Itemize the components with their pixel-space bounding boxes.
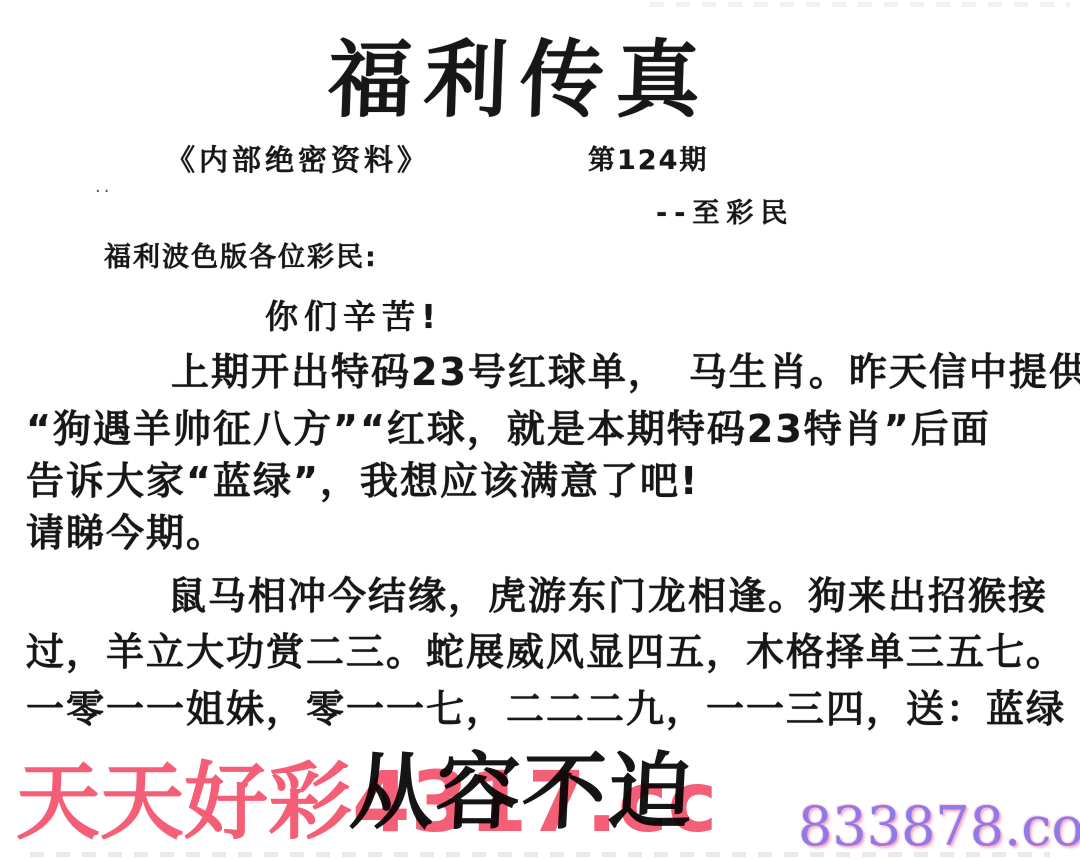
body-line-1: 上期开出特码23号红球单， 马生肖。昨天信中提供: [171, 353, 1080, 391]
page-title: 福利传真: [327, 38, 714, 122]
body-line-7: 一零一一姐妹，零一一七，二二二九，一一三四，送：蓝绿: [26, 690, 1066, 728]
body-line-2: “狗遇羊帅征八方”“红球，就是本期特码23特肖”后面: [26, 410, 991, 448]
body-line-6: 过，羊立大功赏二三。蛇展威风显四五，木格择单三五七。: [26, 633, 1066, 671]
stray-scan-marks: ..: [95, 178, 112, 196]
scan-noise-top: [650, 2, 1070, 7]
watermark-purple-site: 833878.com: [798, 800, 1080, 854]
body-line-4: 请睇今期。: [26, 514, 226, 552]
fax-document-page: 福利传真 《内部绝密资料》 第124期 .. --至彩民 福利波色版各位彩民: …: [0, 0, 1080, 859]
issue-number: 第124期: [588, 147, 708, 174]
body-line-5: 鼠马相冲今结缘，虎游东门龙相逢。狗来出招猴接: [168, 577, 1048, 615]
greeting-line: 你们辛苦!: [265, 300, 442, 333]
body-line-3: 告诉大家“蓝绿”，我想应该满意了吧!: [26, 462, 699, 500]
watermark-red-site: 天天好彩4317.cc: [16, 760, 717, 844]
source-label: 《内部绝密资料》: [166, 146, 430, 175]
byline: --至彩民: [656, 200, 794, 227]
salutation: 福利波色版各位彩民:: [104, 244, 378, 271]
